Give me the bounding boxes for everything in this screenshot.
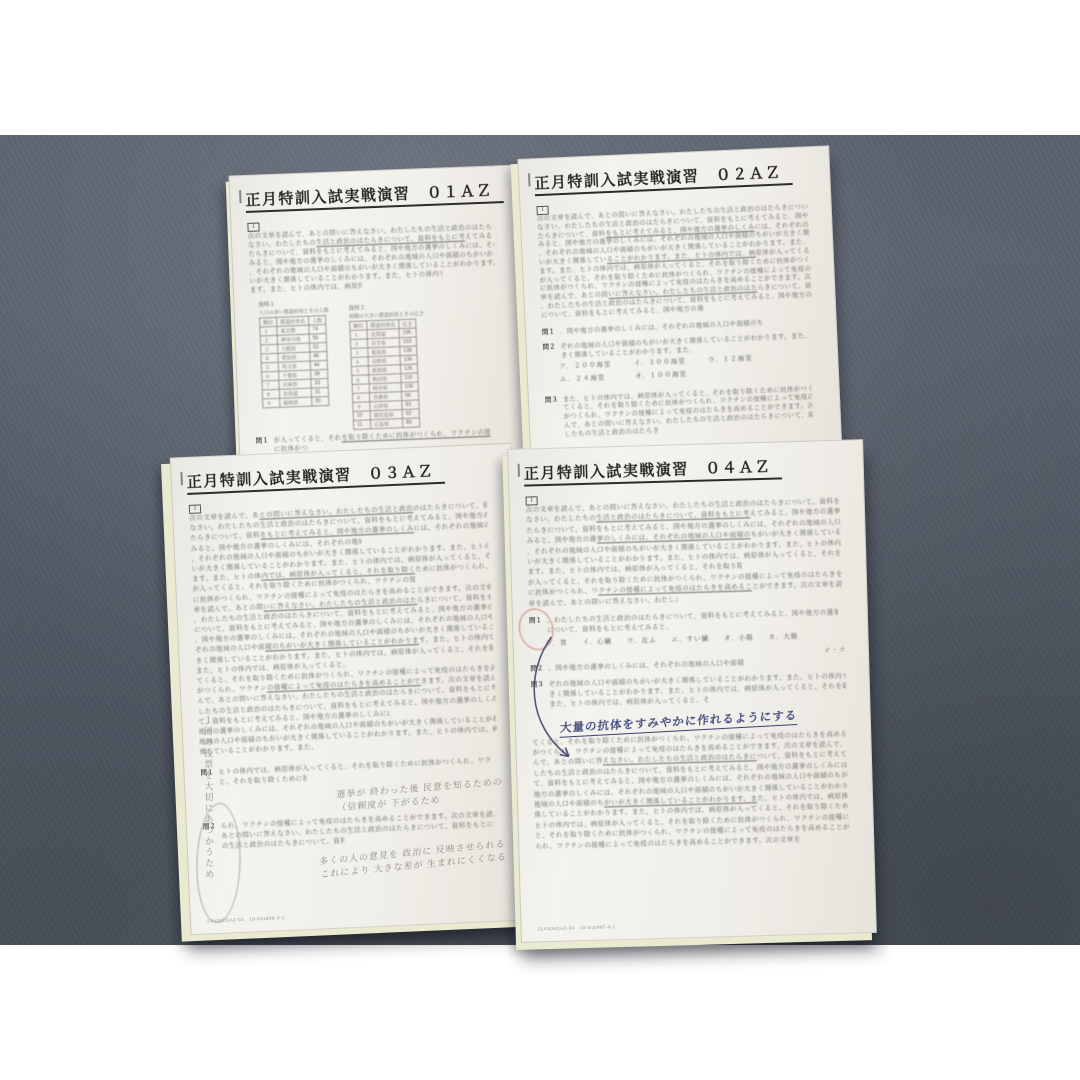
paper-title: 正月特訓入試実戦演習 ０１ＡＺ <box>245 179 503 213</box>
table: 順位都道府県名人数１東京都74２神奈川県55３大阪府52４愛知県45５埼玉県44… <box>259 315 329 409</box>
paper-title: 正月特訓入試実戦演習 ０３ＡＺ <box>186 460 444 495</box>
question-label: 問３ <box>545 396 560 441</box>
data-tables: 資料１人口の多い都道府県とその人数順位都道府県名人数１東京都74２神奈川県55３… <box>250 291 509 427</box>
exam-paper-04: 正月特訓入試実戦演習 ０４ＡＺ １次の文章を読んで、あとの問いに答えなさい。わた… <box>507 439 877 943</box>
question-row: 問３また、ヒトの体内では、病原体が入ってくると、それを取り除くために抗体がつくら… <box>545 384 827 440</box>
paper-sheet: 正月特訓入試実戦演習 ０１ＡＺ １次の文章を読んで、あとの問いに答えなさい。わた… <box>229 165 526 468</box>
paragraph: １次の文章を読んで、あとの問いに答えなさい。わたしたちの生活と政治のはたらきにつ… <box>536 194 821 321</box>
exam-paper-02: 正月特訓入試実戦演習 ０２ＡＺ １次の文章を読んで、あとの問いに答えなさい。わた… <box>517 145 842 470</box>
data-table: 資料２面積の大きい都道府県とその広さ順位都道府県名広さ１北海道195２岩手県15… <box>349 301 429 430</box>
arrow-annotation <box>521 630 595 772</box>
question-label: 問２ <box>542 344 556 362</box>
footer-code: 21A3(04)AZ-04 10-911887-4-1 <box>538 924 616 932</box>
white-border-top <box>0 0 1080 135</box>
paragraph: １次の文章を読んで、あとの問いに答えなさい。わたしたちの生活と政治のはたらきにつ… <box>526 488 852 579</box>
exam-paper-03: 正月特訓入試実戦演習 ０３ＡＺ １次の文章を読んで、あとの問いに答えなさい。わた… <box>170 443 533 935</box>
exam-paper-01: 正月特訓入試実戦演習 ０１ＡＺ １次の文章を読んで、あとの問いに答えなさい。わた… <box>229 165 526 468</box>
white-border-bottom <box>0 945 1080 1080</box>
paper-body: １次の文章を読んで、あとの問いに答えなさい。わたしたちの生活と政治のはたらきにつ… <box>231 209 525 485</box>
paper-sheet: 正月特訓入試実戦演習 ０４ＡＺ １次の文章を読んで、あとの問いに答えなさい。わた… <box>507 439 877 943</box>
question-label: 問１ <box>542 328 555 337</box>
paragraph: に抗体がつくられ、ワクチンの接種によって免疫のはたらきを高めることができます。次… <box>193 582 506 677</box>
paper-sheet: 正月特訓入試実戦演習 ０３ＡＺ １次の文章を読んで、あとの問いに答えなさい。わた… <box>170 443 533 935</box>
question-text: また、ヒトの体内では、病原体が入ってくると、それを取り除くために抗体がつくられ、… <box>563 384 827 439</box>
table: 順位都道府県名広さ１北海道195２岩手県153３福島県138４長野県136５新潟… <box>349 318 420 429</box>
handwritten-note-pencil: オ・カ <box>823 644 846 654</box>
staple <box>518 464 520 477</box>
paragraph: １次の文章を読んで、あとの問いに答えなさい。わたしたちの生活と政治のはたらきにつ… <box>247 213 503 286</box>
question-number-box: １ <box>526 496 538 505</box>
question-number-box: １ <box>247 222 259 231</box>
paper-title: 正月特訓入試実戦演習 ０２ＡＺ <box>534 161 792 196</box>
data-table: 資料１人口の多い都道府県とその人数順位都道府県名人数１東京都74２神奈川県55３… <box>258 298 332 409</box>
paper-sheet: 正月特訓入試実戦演習 ０２ＡＺ １次の文章を読んで、あとの問いに答えなさい。わた… <box>517 145 842 470</box>
paper-title: 正月特訓入試実戦演習 ０４ＡＺ <box>524 455 782 486</box>
photo-background-fabric: 正月特訓入試実戦演習 ０１ＡＺ １次の文章を読んで、あとの問いに答えなさい。わた… <box>0 135 1080 945</box>
question-label: 問１ <box>256 436 270 454</box>
paper-body: １次の文章を読んで、あとの問いに答えなさい。わたしたちの生活と政治のはたらきにつ… <box>520 189 840 441</box>
